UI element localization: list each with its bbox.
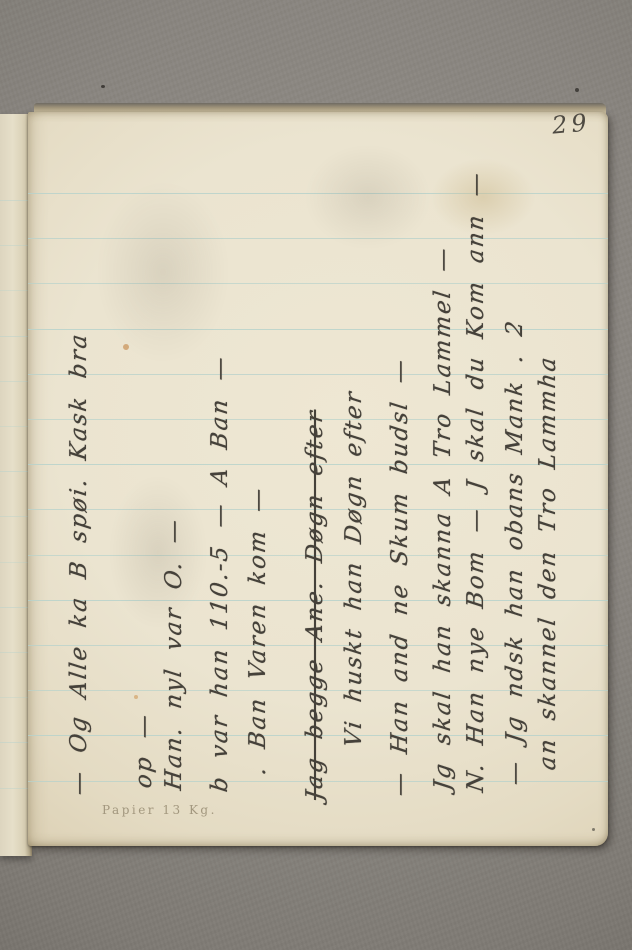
- handwriting-line: — Og Alle ka B spøi. Kask bra: [65, 331, 93, 797]
- handwriting-line: . Ban Varen kom —: [244, 485, 272, 777]
- handwriting-line: Han. nyl var O. —: [160, 516, 188, 791]
- photo-of-notebook: 29 Papier 13 Kg. — Og Alle ka B spøi. Ka…: [0, 0, 632, 950]
- handwriting-line: — Jg ndsk han obans Mank . 2: [501, 318, 529, 787]
- handwriting-line: op —: [130, 711, 158, 789]
- dust-speck: [575, 88, 579, 92]
- dust-speck: [101, 85, 105, 88]
- handwriting-line: N. Han nye Bom — J skal du Kom ann —: [462, 170, 490, 794]
- handwriting-rotated-canvas: — Og Alle ka B spøi. Kask braop —Han. ny…: [54, 104, 574, 804]
- handwriting-line: — Han and ne Skum budsl —: [386, 356, 414, 797]
- handwriting-line: Jag begge Ane. Døgn efter: [301, 408, 329, 802]
- handwriting-block: — Og Alle ka B spøi. Kask braop —Han. ny…: [54, 104, 574, 804]
- handwriting-line: Jg skal han skanna A Tro Lammel —: [429, 245, 457, 792]
- ink-speck: [592, 828, 595, 831]
- paper-weight-mark: Papier 13 Kg.: [102, 803, 217, 817]
- handwriting-line: Vi huskt han Døgn efter: [340, 389, 368, 749]
- notebook-page: 29 Papier 13 Kg. — Og Alle ka B spøi. Ka…: [28, 112, 608, 846]
- handwriting-line: an skannel den Tro Lammha: [534, 354, 562, 772]
- handwriting-line: b var han 110.-5 — A Ban —: [206, 354, 234, 794]
